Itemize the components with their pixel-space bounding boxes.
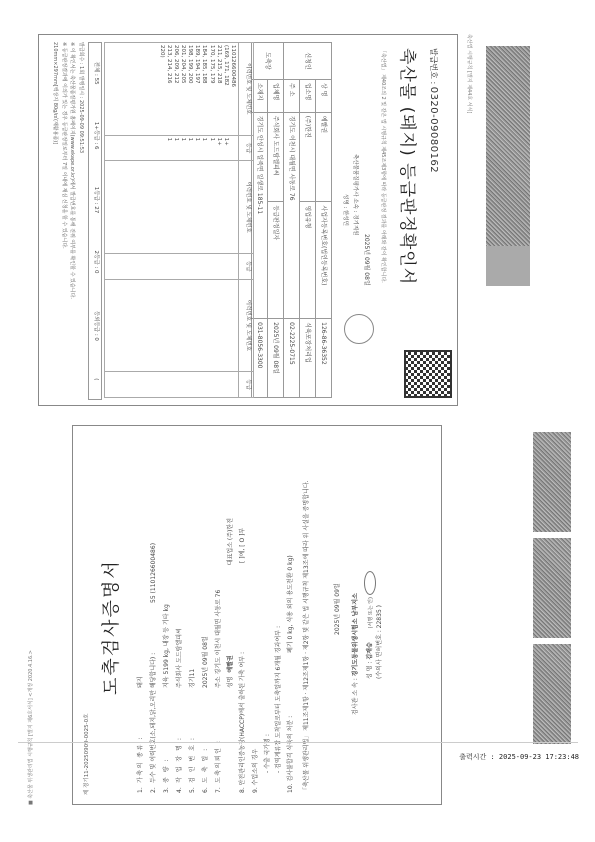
table-row: 도축장 업체명 주식회사 도드람엘피씨 등급판정일자 2025년 09월 08일 (268, 43, 284, 398)
grade-cell: 1+1+1111111 (105, 135, 239, 161)
column-header: 등급 (239, 135, 254, 161)
item-label: 도 축 일 : (202, 688, 210, 783)
license-number: 22835 ) (376, 605, 383, 628)
carcass-numbers: 211, 215, 218 (215, 45, 222, 133)
cell-value: 2025년 09월 08일 (268, 319, 284, 398)
issue-date: 2025년 09월 08일 (362, 234, 370, 286)
cell-value: (주)한진 (300, 112, 316, 202)
cell-value: 126-86-36352 (316, 319, 332, 398)
cell-label: 영업유형 (300, 202, 316, 319)
cell-label: 등급판정일자 (268, 202, 284, 319)
item-value: 2025년 09월 08일 (202, 433, 210, 688)
item-label: 9. 수입소의 경우 (252, 749, 260, 793)
license-label: (수의사 면허번호 : (376, 630, 383, 679)
divider (18, 742, 578, 743)
import-row: 9. 수입소의 경우 (249, 433, 262, 793)
redacted-block (533, 538, 571, 638)
signature-stamp-icon (364, 571, 376, 595)
grade-value (157, 138, 164, 159)
section-label: 도축장 (252, 43, 284, 80)
grade-value: 1 (165, 138, 172, 159)
summary-item: 등외등급 : 0 (91, 311, 98, 341)
grader-name: 성명 : 한성민 (341, 194, 348, 226)
item-label: 검 인 번 호 : (189, 688, 197, 783)
applicant-slaughterhouse-table: 신청인 상 명 예빨권 사업자등록번호(법인등록번호) 126-86-36352… (251, 42, 332, 398)
item-label: 10. 검사불합격 식육의 처분 : (287, 653, 295, 793)
paper-spec: 210mm×297mm[백상지 80g/㎡(재활용품)] (52, 42, 59, 398)
list-item: 6.도 축 일 :2025년 09월 08일 (199, 433, 212, 793)
item-number: 7. (215, 783, 223, 793)
cell-value: 경기도 이천시 대월면 사동로 76 (284, 112, 300, 318)
grade-certificate: 축산법 시행규칙 [별지 제44호 서식] 발급번호 : 0320-090801… (38, 34, 458, 406)
summary-item: 전체 : 55 (91, 62, 98, 85)
issue-number: 0320-09080162 (428, 87, 439, 173)
grade-value: 1 (186, 138, 193, 159)
item-label: 두수 및 이력번호(소,돼지,닭,오리만 해당합니다) : (150, 603, 158, 783)
carcass-grade-table: 이력번호 및 도체번호 등급 이력번호 및 도체번호 등급 이력번호 및 도체번… (104, 42, 254, 398)
seal-label: (서명 또는 인) (368, 597, 374, 628)
legal-note: 「축산법」 제40조의 2 및 같은 법 시행규칙 제45조제3항에 따라 등급… (380, 48, 387, 348)
list-item: 4.작 업 장 명 :주식회사 도드람엘피씨 (173, 433, 186, 793)
grade-value: 1+ (222, 138, 229, 159)
trace-number: 110126600486 (229, 45, 236, 133)
cell-label: 업소명 (300, 80, 316, 113)
column-header: 등급 (239, 372, 254, 398)
certificate-items: 1.가축의 종류 :돼지 2.두수 및 이력번호(소,돼지,닭,오리만 해당합니… (134, 433, 312, 793)
column-header: 이력번호 및 도체번호 (239, 279, 254, 372)
document-title: 축산물 (돼지) 등급판정확인서 (396, 48, 418, 285)
issue-info: 발급회수 : 1회 발행일시 : 2025-09-09 09:51:53 (78, 42, 85, 398)
footer-note: ※ 등급판정결과에 이의가 있는 경우 등급판정일로부터 7일 이내에 재심 신… (61, 42, 68, 398)
redacted-block (533, 432, 571, 532)
item-number: 6. (202, 783, 210, 793)
cell-label: 사업자등록번호(법인등록번호) (316, 202, 332, 319)
cell-label: 주 소 (284, 80, 300, 113)
item-number: 1. (137, 783, 145, 793)
issue-number-line: 발급번호 : 0320-09080162 (427, 48, 440, 173)
inspector-name: 김재승 (367, 642, 374, 659)
grader-institution: 축산물품질평가사 소속 : 경기지원 (351, 154, 358, 235)
column-header: 이력번호 및 도체번호 (239, 43, 254, 136)
item-label: 8. 안전관리인증농장(HACCP)에서 출하된 가축 여부 : (239, 563, 247, 793)
table-row: 주 소 경기도 이천시 대월면 사동로 76 02-2225-0715 (284, 43, 300, 398)
item-value: 55 (110126600486) (150, 433, 158, 603)
import-sub: - 수출 국가명 : (262, 433, 273, 793)
item-value: 돼지 (137, 433, 145, 688)
name-label: 성 명 : (367, 662, 374, 679)
table-row: 110126600486(169, 171, 182211, 215, 2181… (105, 43, 239, 398)
document-title: 도축검사증명서 (100, 559, 123, 695)
carcass-numbers: 198, 199, 200 (186, 45, 193, 133)
form-caption: 축산법 시행규칙 [별지 제44호 서식] (466, 34, 473, 113)
disposal-value: 폐기 0 kg, 식용 외의 용도전환 0 kg) (287, 433, 295, 653)
summary-item: 1등급 : 27 (91, 187, 98, 213)
empty-cell (105, 161, 239, 254)
disposal-row: 10. 검사불합격 식육의 처분 :폐기 0 kg, 식용 외의 용도전환 0 … (284, 433, 297, 793)
cell-value: 02-2225-0715 (284, 319, 300, 398)
carcass-numbers: 220) (157, 45, 164, 133)
empty-cell (105, 372, 239, 398)
carcass-numbers: 184, 185, 188 (200, 45, 207, 133)
list-item: 1.가축의 종류 :돼지 (134, 433, 147, 793)
haccp-row: 8. 안전관리인증농장(HACCP)에서 출하된 가축 여부 :[ ]예, [ … (236, 433, 249, 793)
grade-summary: 전체 : 551+등급 : 61등급 : 272등급 : 0등외등급 : 0( (88, 42, 102, 400)
item-label: 가축의 종류 : (137, 688, 145, 783)
summary-item: ( (91, 378, 98, 380)
item-value: 주소 경기도 이천시 대월면 사동로 76 (215, 433, 223, 688)
requester-line: 성명 예빨권 대표업소 (주)한진 (225, 433, 236, 793)
empty-cell (105, 279, 239, 372)
cell-value: 예빨권 (316, 112, 332, 202)
item-number: 3. (163, 783, 171, 793)
form-caption: ■ 축산물 위생관리법 시행규칙 [별지 제6호서식] <개정 2020.4.1… (28, 650, 35, 805)
carcass-numbers: 189, 194, 197 (193, 45, 200, 133)
cell-label: 상 명 (316, 80, 332, 113)
carcass-numbers: 201, 204, 205 (179, 45, 186, 133)
list-item: 5.검 인 번 호 :경기11 (186, 433, 199, 793)
import-sub: - 검역계류장 도착일로부터 도축일까지 6개월 경과여부 : (273, 433, 284, 793)
qr-code-icon (404, 350, 452, 398)
column-header: 등급 (239, 253, 254, 279)
grade-value: 1 (172, 138, 179, 159)
item-value: 주식회사 도드람엘피씨 (176, 433, 184, 688)
rep-value: (주)한진 (227, 518, 235, 540)
table-row: 업소명 (주)한진 영업유형 식육포장처리업 (300, 43, 316, 398)
section-label: 신청인 (284, 43, 332, 80)
list-item: 7.도축의뢰인 :주소 경기도 이천시 대월면 사동로 76 (212, 433, 225, 793)
carcass-numbers: 170, 175, 179 (207, 45, 214, 133)
carcass-numbers-cell: 110126600486(169, 171, 182211, 215, 2181… (105, 43, 239, 136)
cell-label: 업체명 (268, 80, 284, 113)
requester-name-label: 성명 (227, 676, 235, 688)
redacted-block (486, 246, 530, 286)
rep-label: 대표업소 (227, 542, 235, 565)
inspector-block: 검사관 소 속 : 경기도동물위생시험소 남부지소 성 명 : 김재승 (서명 … (352, 571, 388, 715)
list-item: 2.두수 및 이력번호(소,돼지,닭,오리만 해당합니다) :55 (11012… (147, 433, 160, 793)
list-item: 3.중 량 :지육 5199 kg, 내장 등 기타 kg (160, 433, 173, 793)
empty-cell (105, 253, 239, 279)
column-header: 이력번호 및 도체번호 (239, 161, 254, 254)
cell-value: 식육포장처리업 (300, 319, 316, 398)
summary-item: 1+등급 : 6 (91, 122, 98, 150)
item-label: 작 업 장 명 : (176, 688, 184, 783)
footer: 발급회수 : 1회 발행일시 : 2025-09-09 09:51:53 ※ 이… (50, 42, 84, 398)
carcass-numbers: 213, 214, 216 (165, 45, 172, 133)
grade-value: 1 (179, 138, 186, 159)
redacted-block (486, 46, 530, 246)
item-label: 중 량 : (163, 688, 171, 783)
grade-value: 1+ (215, 138, 222, 159)
requester-name: 예빨권 (227, 655, 235, 672)
table-header-row: 이력번호 및 도체번호 등급 이력번호 및 도체번호 등급 이력번호 및 도체번… (239, 43, 254, 398)
issue-label: 발급번호 : (429, 48, 438, 84)
item-number: 5. (189, 783, 197, 793)
item-number: 4. (176, 783, 184, 793)
cell-value: 주식회사 도드람엘피씨 (268, 112, 284, 202)
grade-value: 1 (207, 138, 214, 159)
footer-note: ※ 이 확인서는 축산물품질평가원 홈페이지(www.ekape.or.kr)에… (69, 42, 76, 398)
item-label: 도축의뢰인 : (215, 688, 223, 783)
slaughter-inspection-certificate: ■ 축산물 위생관리법 시행규칙 [별지 제6호서식] <개정 2020.4.1… (72, 425, 452, 805)
document-number: 제 경기11-20250909-0025-0호 (84, 714, 91, 795)
item-value: 지육 5199 kg, 내장 등 기타 kg (163, 433, 171, 688)
official-seal-icon (344, 314, 374, 344)
table-row: 신청인 상 명 예빨권 사업자등록번호(법인등록번호) 126-86-36352 (316, 43, 332, 398)
redacted-block (533, 644, 571, 744)
grade-value: 1 (200, 138, 207, 159)
certificate-date: 2025년 09월 09일 (334, 583, 342, 635)
carcass-numbers: 206, 209, 212 (172, 45, 179, 133)
item-number: 2. (150, 783, 158, 793)
affiliation: 경기도동물위생시험소 남부지소 (352, 593, 359, 676)
grade-value: 1 (193, 138, 200, 159)
summary-item: 2등급 : 0 (91, 251, 98, 274)
affiliation-label: 검사관 소 속 : (352, 678, 359, 715)
declaration: 「축산물 위생관리법」 제11조제1항 · 제12조제1항 · 제2항 및 같은… (301, 433, 312, 793)
haccp-value: [ ]예, [ O ]부 (239, 433, 247, 563)
carcass-numbers: (169, 171, 182 (222, 45, 229, 133)
item-value: 경기11 (189, 433, 197, 688)
print-timestamp: 출력시간 : 2025-09-23 17:23:48 (459, 752, 579, 762)
